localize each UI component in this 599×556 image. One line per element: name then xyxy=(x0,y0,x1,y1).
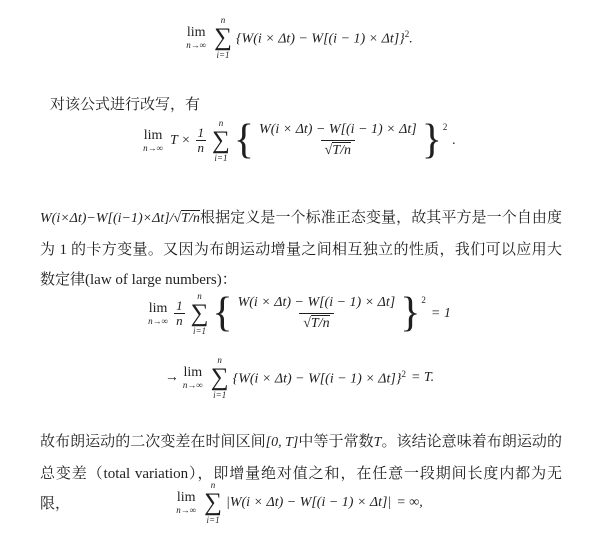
formula-implication: → lim n→∞ n ∑ i=1 {W(i × Δt) − W[(i − 1)… xyxy=(0,356,599,400)
sigma-icon: ∑ xyxy=(204,490,222,516)
inline-math-increment: W(i×Δt)−W[(i−1)×Δt]/ xyxy=(40,211,174,226)
one-over-n-fraction: 1 n xyxy=(174,299,185,329)
open-brace: { xyxy=(234,123,254,159)
limit-operator: lim n→∞ xyxy=(148,302,168,326)
sigma-icon: ∑ xyxy=(191,301,209,327)
limit-operator: lim n→∞ xyxy=(186,26,206,50)
equals-result: = ∞, xyxy=(396,495,422,511)
close-brace: } xyxy=(400,296,420,332)
coefficient: T × xyxy=(170,133,190,149)
summation-operator: n ∑ i=1 xyxy=(214,16,232,60)
increment-fraction: W(i × Δt) − W[(i − 1) × Δt] √T/n xyxy=(234,293,400,335)
radical: √T/n xyxy=(325,142,351,158)
sigma-icon: ∑ xyxy=(214,25,232,51)
summation-operator: n ∑ i=1 xyxy=(211,356,229,400)
summation-operator: n ∑ i=1 xyxy=(204,481,222,525)
limit-operator: lim n→∞ xyxy=(183,366,203,390)
open-brace: { xyxy=(212,296,232,332)
one-over-n-fraction: 1 n xyxy=(196,126,207,156)
limit-operator: lim n→∞ xyxy=(176,491,196,515)
inline-radical: √T/n xyxy=(174,210,200,226)
equals-result: = T. xyxy=(411,370,434,386)
paragraph-rewrite-intro: 对该公式进行改写，有 xyxy=(50,95,200,115)
formula-body: {W(i × Δt) − W[(i − 1) × Δt]}2 xyxy=(233,369,406,388)
formula-lln: lim n→∞ 1 n n ∑ i=1 { W(i × Δt) − W[(i −… xyxy=(0,292,599,336)
close-brace: } xyxy=(422,123,442,159)
exponent: 2 xyxy=(421,295,426,305)
formula-quadratic-variation: lim n→∞ n ∑ i=1 {W(i × Δt) − W[(i − 1) ×… xyxy=(0,16,599,60)
exponent: 2 xyxy=(401,369,406,379)
formula-total-variation: lim n→∞ n ∑ i=1 |W(i × Δt) − W[(i − 1) ×… xyxy=(0,481,599,525)
radical-icon: √ xyxy=(303,316,311,331)
document-page: lim n→∞ n ∑ i=1 {W(i × Δt) − W[(i − 1) ×… xyxy=(0,0,599,556)
formula-rewritten: lim n→∞ T × 1 n n ∑ i=1 { W(i × Δt) − W[… xyxy=(0,119,599,163)
implies-arrow-icon: → xyxy=(165,370,179,386)
paragraph-chi-square: W(i×Δt)−W[(i−1)×Δt]/√T/n根据定义是一个标准正态变量，故其… xyxy=(40,203,562,296)
radical: √T/n xyxy=(303,315,329,331)
summation-operator: n ∑ i=1 xyxy=(212,119,230,163)
limit-operator: lim n→∞ xyxy=(143,129,163,153)
summation-operator: n ∑ i=1 xyxy=(191,292,209,336)
sigma-icon: ∑ xyxy=(212,128,230,154)
sigma-icon: ∑ xyxy=(211,365,229,391)
equals-result: = 1 xyxy=(431,306,451,322)
exponent: 2 xyxy=(443,122,448,132)
formula-body: {W(i × Δt) − W[(i − 1) × Δt]}2. xyxy=(236,29,413,48)
increment-fraction: W(i × Δt) − W[(i − 1) × Δt] √T/n xyxy=(255,120,421,162)
interval-notation: [0, T] xyxy=(266,435,299,450)
formula-body: |W(i × Δt) − W[(i − 1) × Δt]| xyxy=(226,495,391,511)
